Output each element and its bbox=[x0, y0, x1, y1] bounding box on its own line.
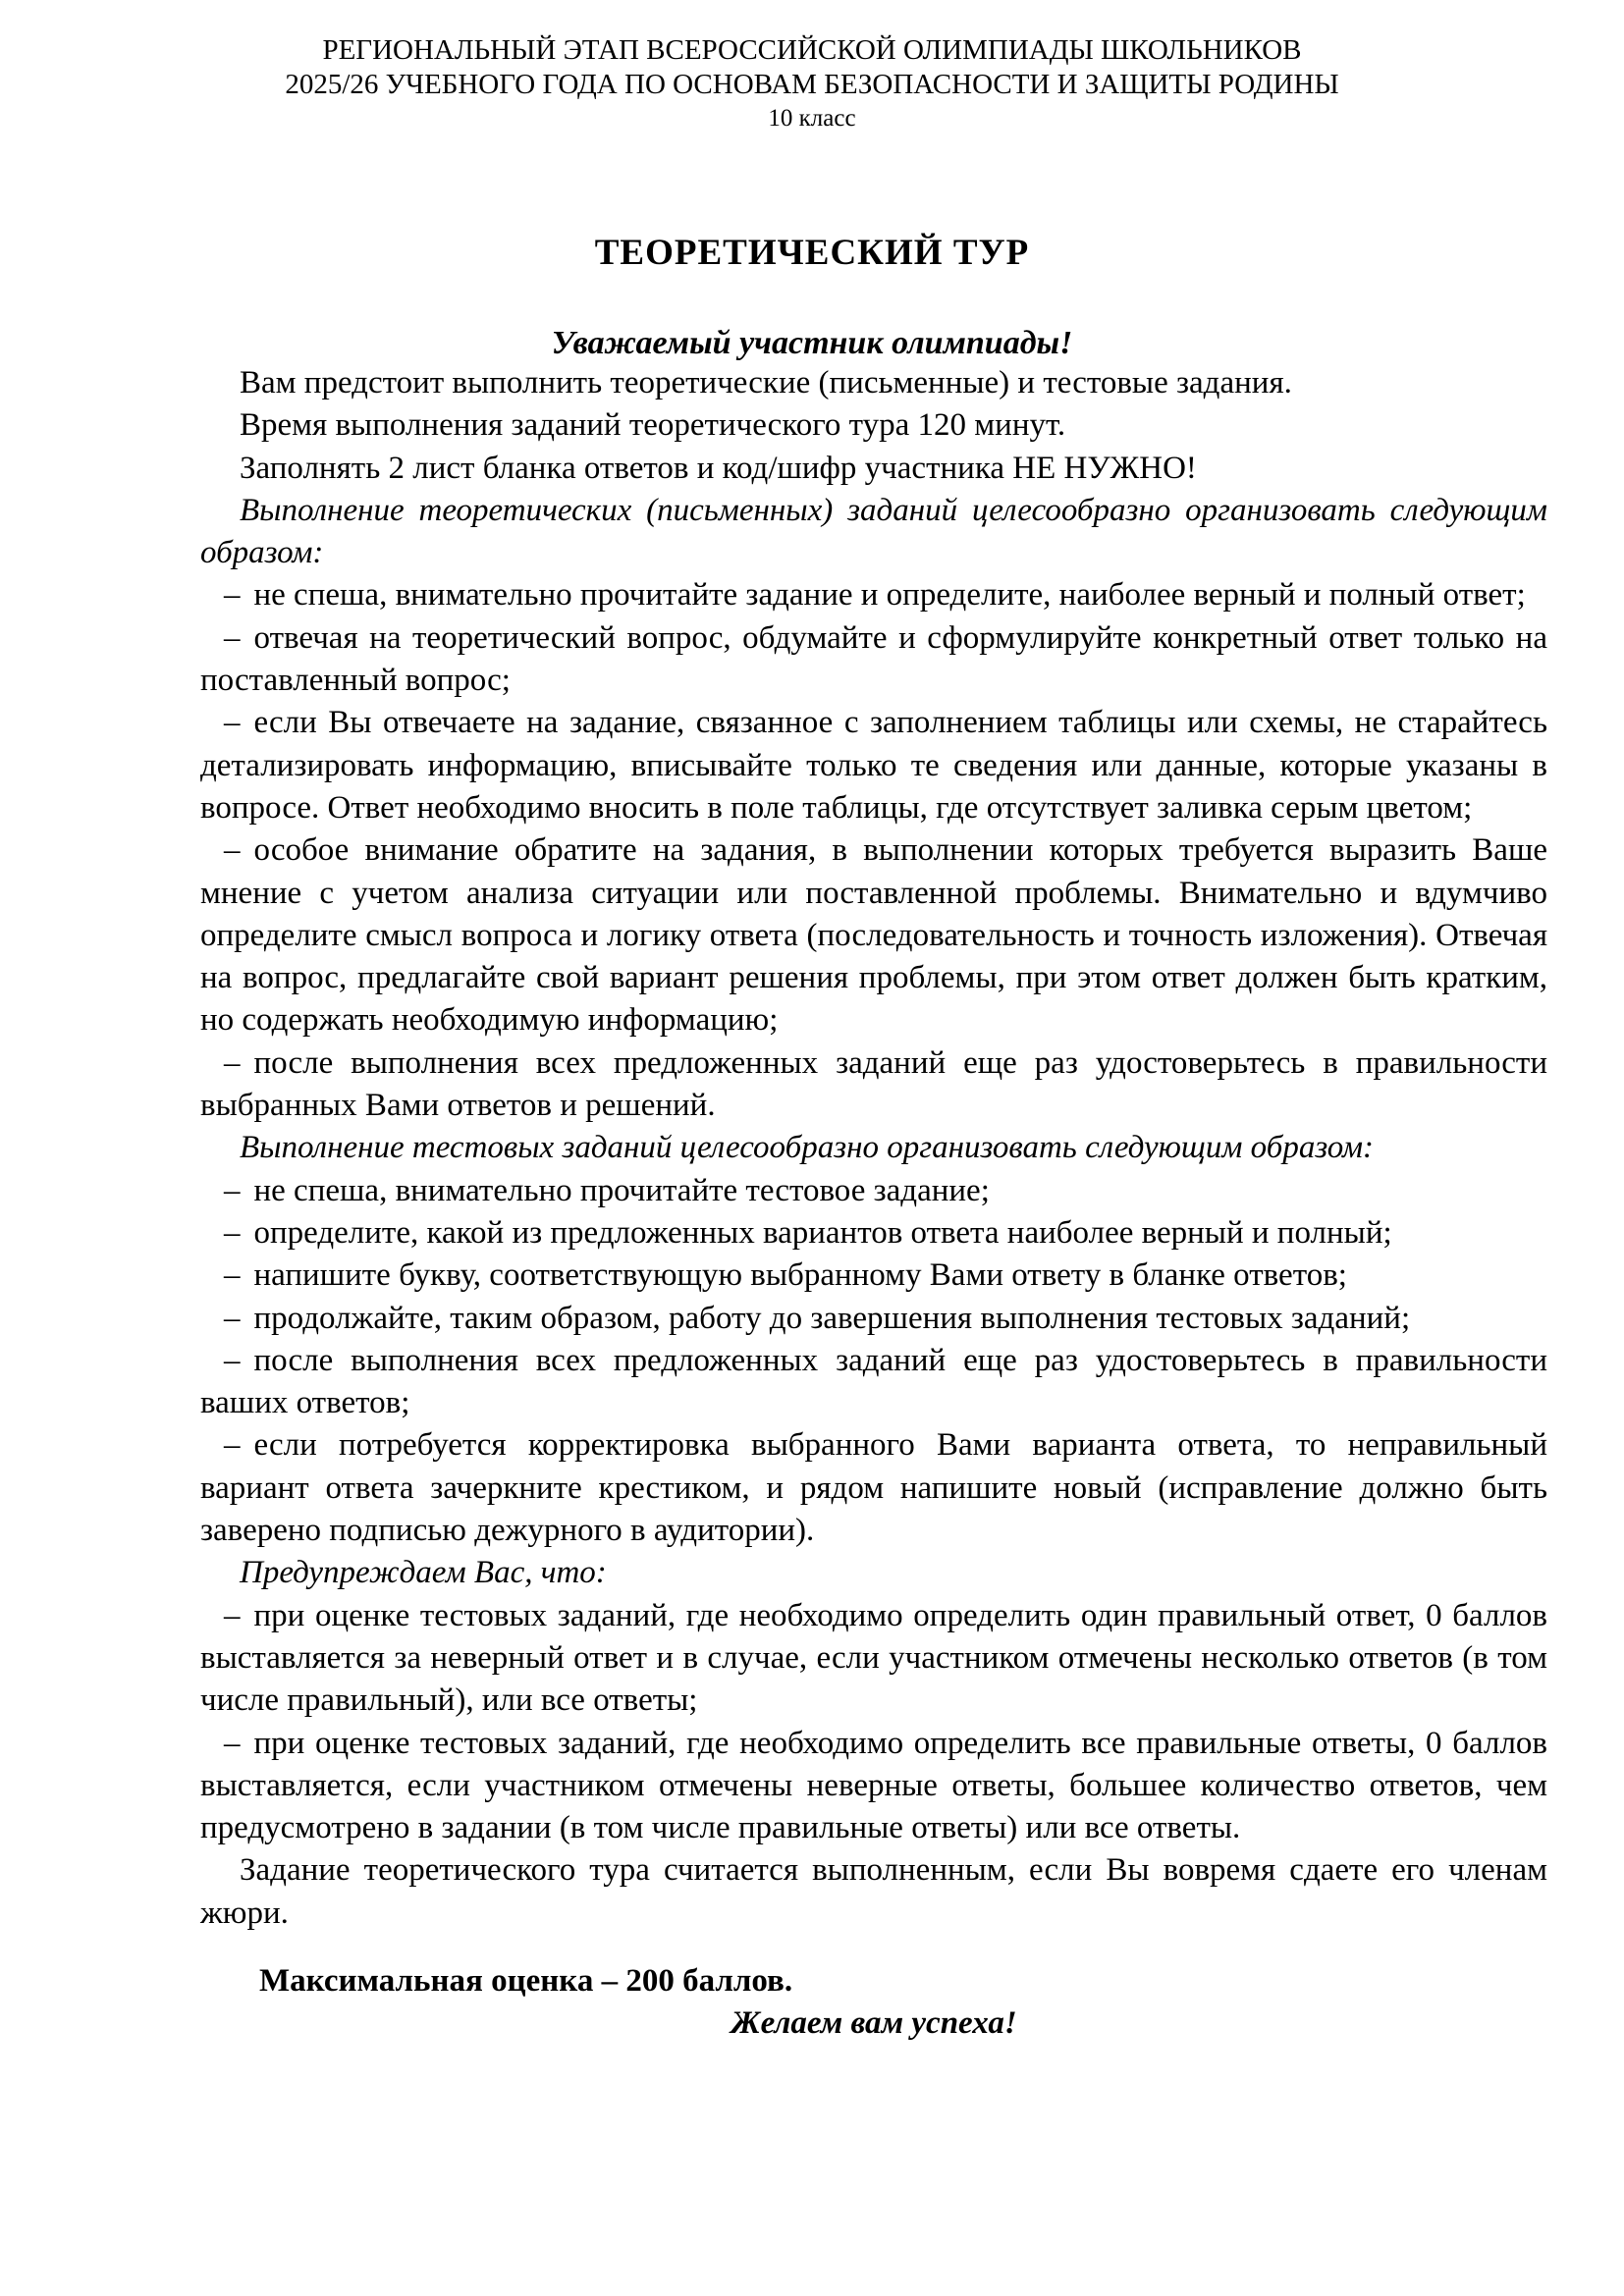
dash-marker: – bbox=[224, 1301, 241, 1336]
theory-item: –не спеша, внимательно прочитайте задани… bbox=[200, 574, 1547, 616]
dash-marker: – bbox=[224, 705, 241, 740]
header-grade: 10 класс bbox=[0, 103, 1624, 133]
test-item: –определите, какой из предложенных вариа… bbox=[200, 1212, 1547, 1255]
theory-item-text: не спеша, внимательно прочитайте задание… bbox=[254, 577, 1526, 613]
dash-marker: – bbox=[224, 832, 241, 868]
dash-marker: – bbox=[224, 1726, 241, 1761]
closing-paragraph: Задание теоретического тура считается вы… bbox=[200, 1849, 1547, 1935]
theory-item-text: особое внимание обратите на задания, в в… bbox=[200, 832, 1547, 1038]
theory-item: –после выполнения всех предложенных зада… bbox=[200, 1042, 1547, 1128]
test-item-text: если потребуется корректировка выбранног… bbox=[200, 1427, 1547, 1548]
dash-marker: – bbox=[224, 1257, 241, 1293]
warning-item: –при оценке тестовых заданий, где необхо… bbox=[200, 1595, 1547, 1723]
intro-paragraph: Вам предстоит выполнить теоретические (п… bbox=[200, 362, 1547, 404]
theory-item-text: отвечая на теоретический вопрос, обдумай… bbox=[200, 620, 1547, 698]
theory-item: –особое внимание обратите на задания, в … bbox=[200, 829, 1547, 1041]
intro-paragraph: Заполнять 2 лист бланка ответов и код/ши… bbox=[200, 448, 1547, 490]
test-item: –после выполнения всех предложенных зада… bbox=[200, 1340, 1547, 1425]
dash-marker: – bbox=[224, 1598, 241, 1633]
test-item-text: продолжайте, таким образом, работу до за… bbox=[254, 1301, 1411, 1336]
intro-paragraph: Время выполнения заданий теоретического … bbox=[200, 404, 1547, 447]
test-item-text: напишите букву, соответствующую выбранно… bbox=[254, 1257, 1347, 1293]
test-section-lead: Выполнение тестовых заданий целесообразн… bbox=[200, 1127, 1547, 1169]
page-title: ТЕОРЕТИЧЕСКИЙ ТУР bbox=[0, 232, 1624, 274]
dash-marker: – bbox=[224, 1045, 241, 1081]
dash-marker: – bbox=[224, 577, 241, 613]
header-line-1: РЕГИОНАЛЬНЫЙ ЭТАП ВСЕРОССИЙСКОЙ ОЛИМПИАД… bbox=[0, 33, 1624, 68]
theory-item-text: после выполнения всех предложенных задан… bbox=[200, 1045, 1547, 1123]
warning-item: –при оценке тестовых заданий, где необхо… bbox=[200, 1723, 1547, 1850]
dash-marker: – bbox=[224, 620, 241, 656]
dash-marker: – bbox=[224, 1215, 241, 1251]
max-score-line: Максимальная оценка – 200 баллов. bbox=[200, 1960, 1547, 2002]
test-item-text: после выполнения всех предложенных задан… bbox=[200, 1343, 1547, 1420]
test-item: –если потребуется корректировка выбранно… bbox=[200, 1424, 1547, 1552]
dash-marker: – bbox=[224, 1427, 241, 1463]
theory-item-text: если Вы отвечаете на задание, связанное … bbox=[200, 705, 1547, 826]
theory-item: –отвечая на теоретический вопрос, обдума… bbox=[200, 617, 1547, 703]
theory-section-lead: Выполнение теоретических (письменных) за… bbox=[200, 490, 1547, 575]
test-item-text: не спеша, внимательно прочитайте тестово… bbox=[254, 1173, 990, 1208]
greeting-line: Уважаемый участник олимпиады! bbox=[0, 325, 1624, 362]
warning-section-lead: Предупреждаем Вас, что: bbox=[200, 1552, 1547, 1594]
warning-item-text: при оценке тестовых заданий, где необход… bbox=[200, 1598, 1547, 1719]
document-body: Вам предстоит выполнить теоретические (п… bbox=[200, 362, 1547, 2046]
warning-item-text: при оценке тестовых заданий, где необход… bbox=[200, 1726, 1547, 1846]
dash-marker: – bbox=[224, 1343, 241, 1378]
test-item: –напишите букву, соответствующую выбранн… bbox=[200, 1255, 1547, 1297]
dash-marker: – bbox=[224, 1173, 241, 1208]
test-item: –не спеша, внимательно прочитайте тестов… bbox=[200, 1170, 1547, 1212]
theory-item: –если Вы отвечаете на задание, связанное… bbox=[200, 702, 1547, 829]
document-header: РЕГИОНАЛЬНЫЙ ЭТАП ВСЕРОССИЙСКОЙ ОЛИМПИАД… bbox=[0, 0, 1624, 133]
test-item-text: определите, какой из предложенных вариан… bbox=[254, 1215, 1392, 1251]
header-line-2: 2025/26 УЧЕБНОГО ГОДА ПО ОСНОВАМ БЕЗОПАС… bbox=[0, 68, 1624, 102]
test-item: –продолжайте, таким образом, работу до з… bbox=[200, 1298, 1547, 1340]
document-page: РЕГИОНАЛЬНЫЙ ЭТАП ВСЕРОССИЙСКОЙ ОЛИМПИАД… bbox=[0, 0, 1624, 2296]
farewell-line: Желаем вам успеха! bbox=[200, 2002, 1547, 2045]
